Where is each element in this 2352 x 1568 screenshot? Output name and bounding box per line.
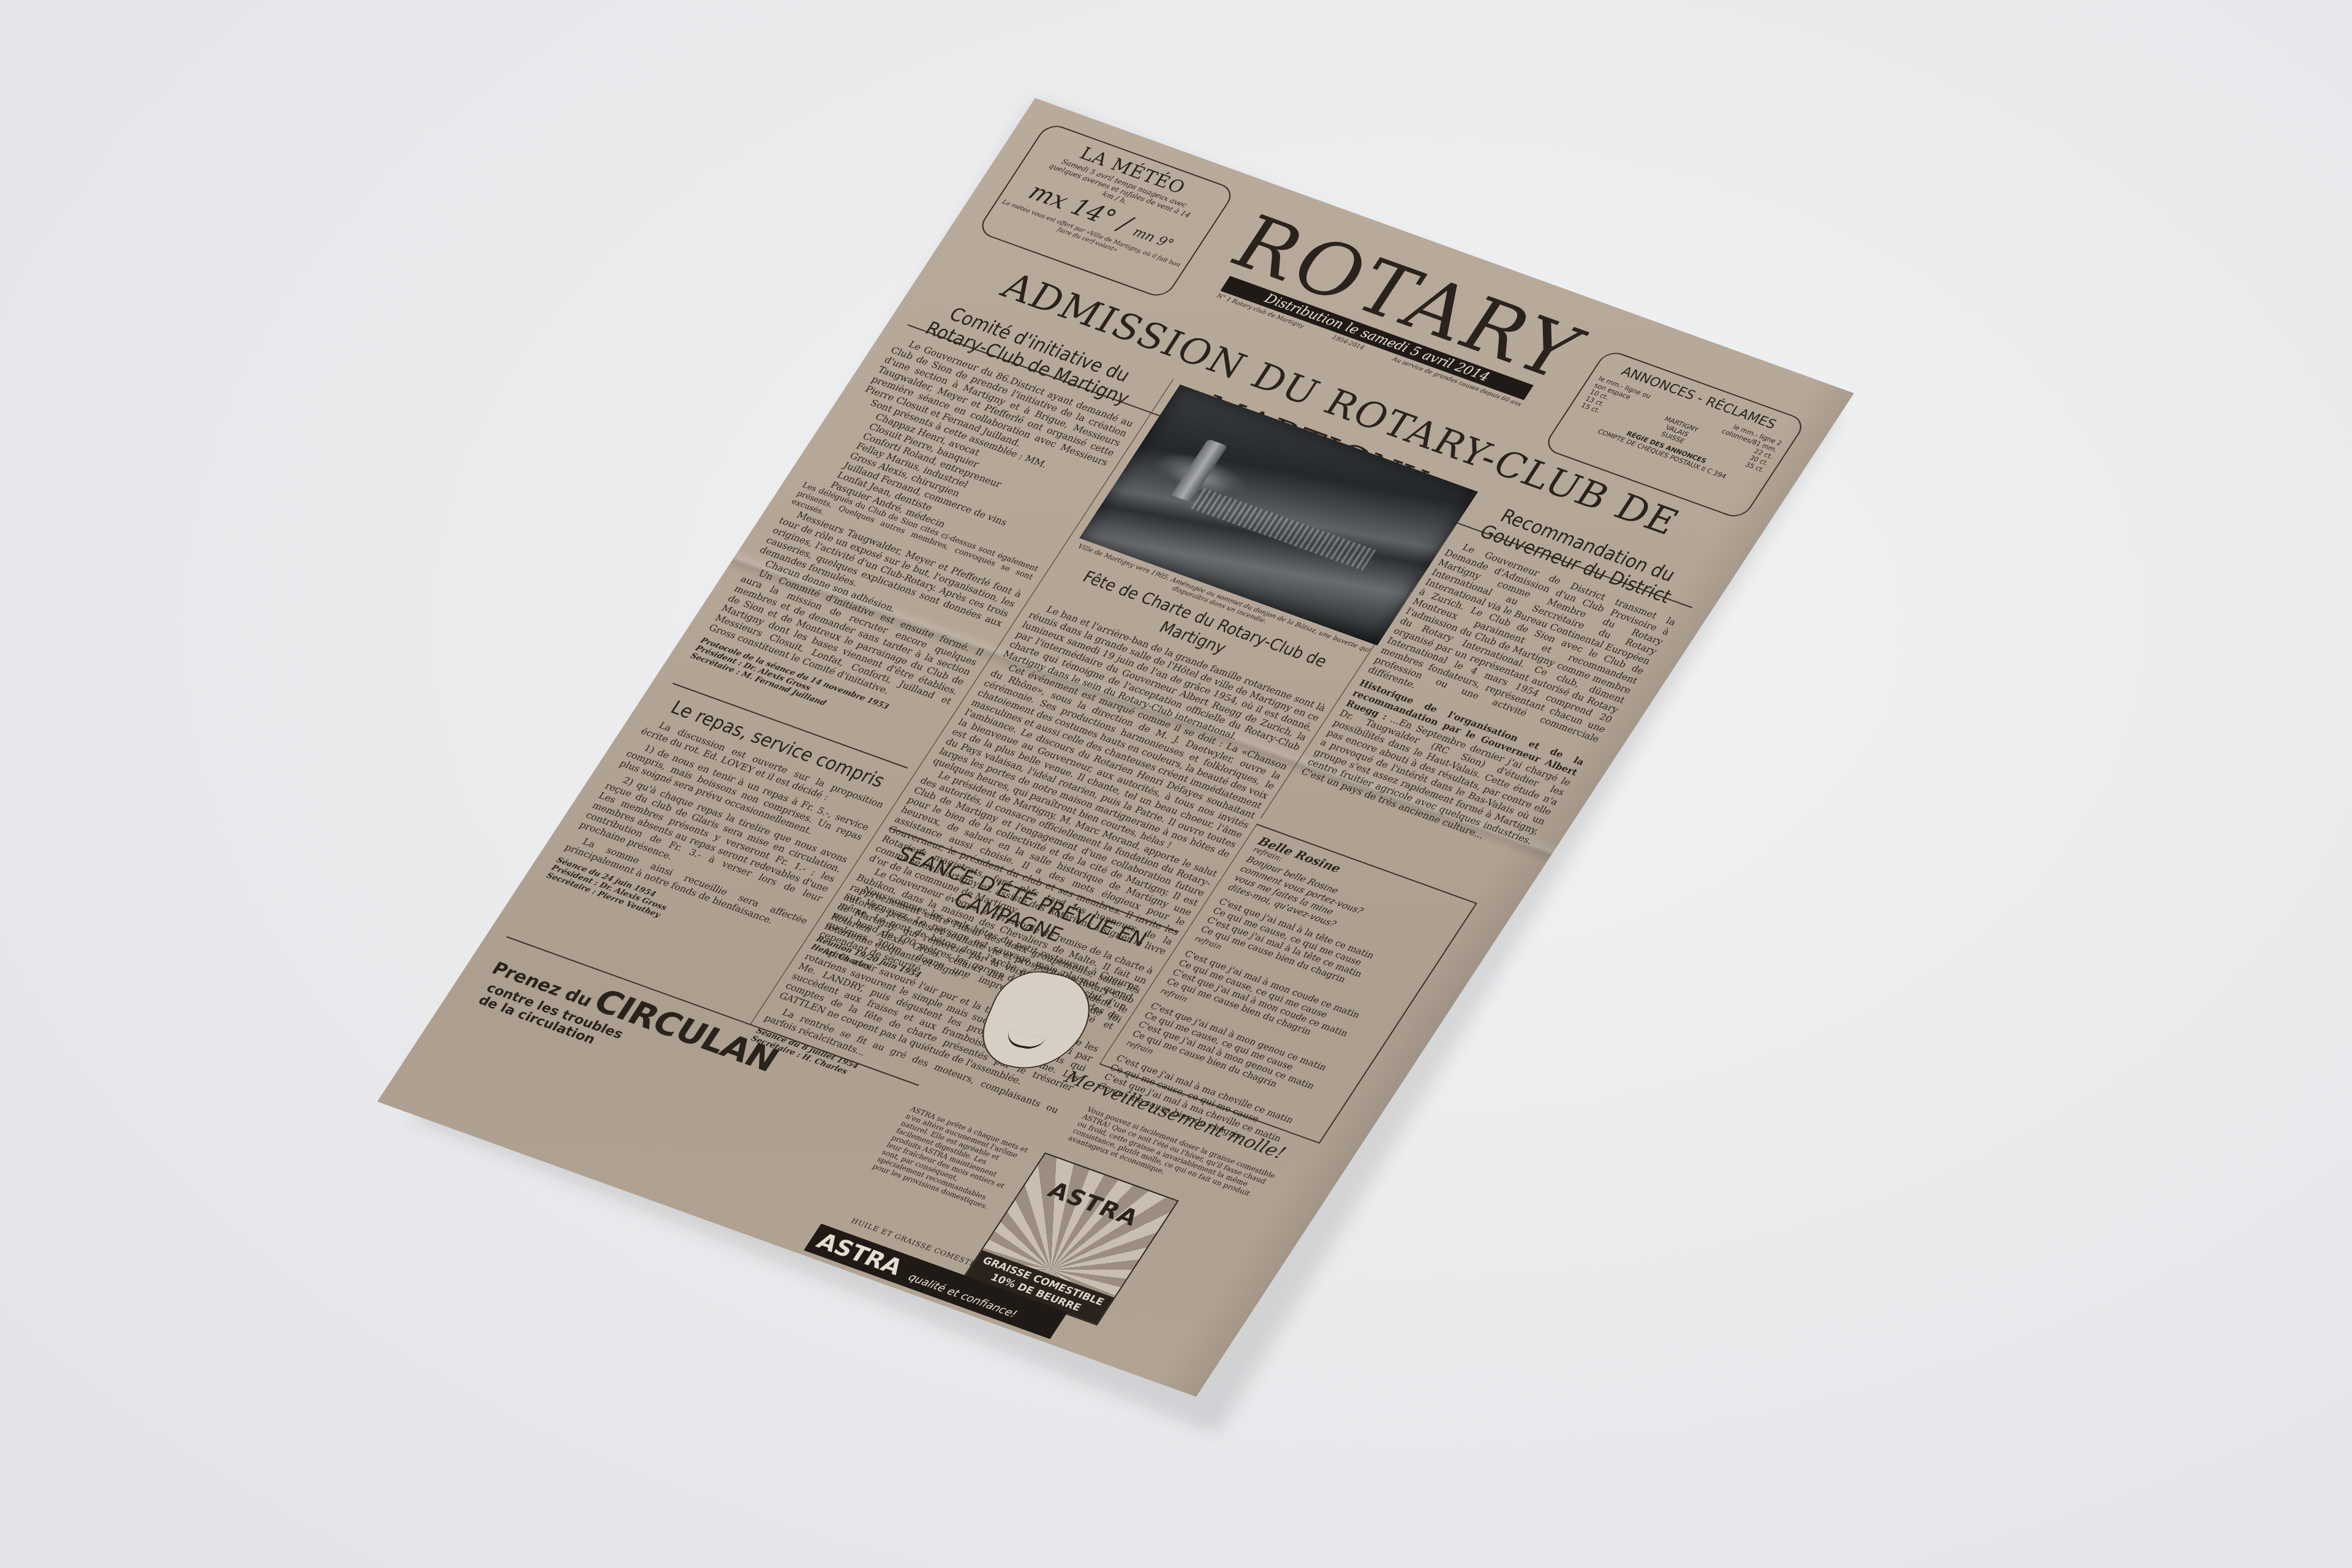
tower-shape: [1171, 439, 1227, 502]
town-shape: [1191, 488, 1376, 571]
astra-text-2: ASTRA se prête à chaque mets et n'en alt…: [871, 1105, 1033, 1213]
package-brand: ASTRA: [1032, 1174, 1156, 1235]
